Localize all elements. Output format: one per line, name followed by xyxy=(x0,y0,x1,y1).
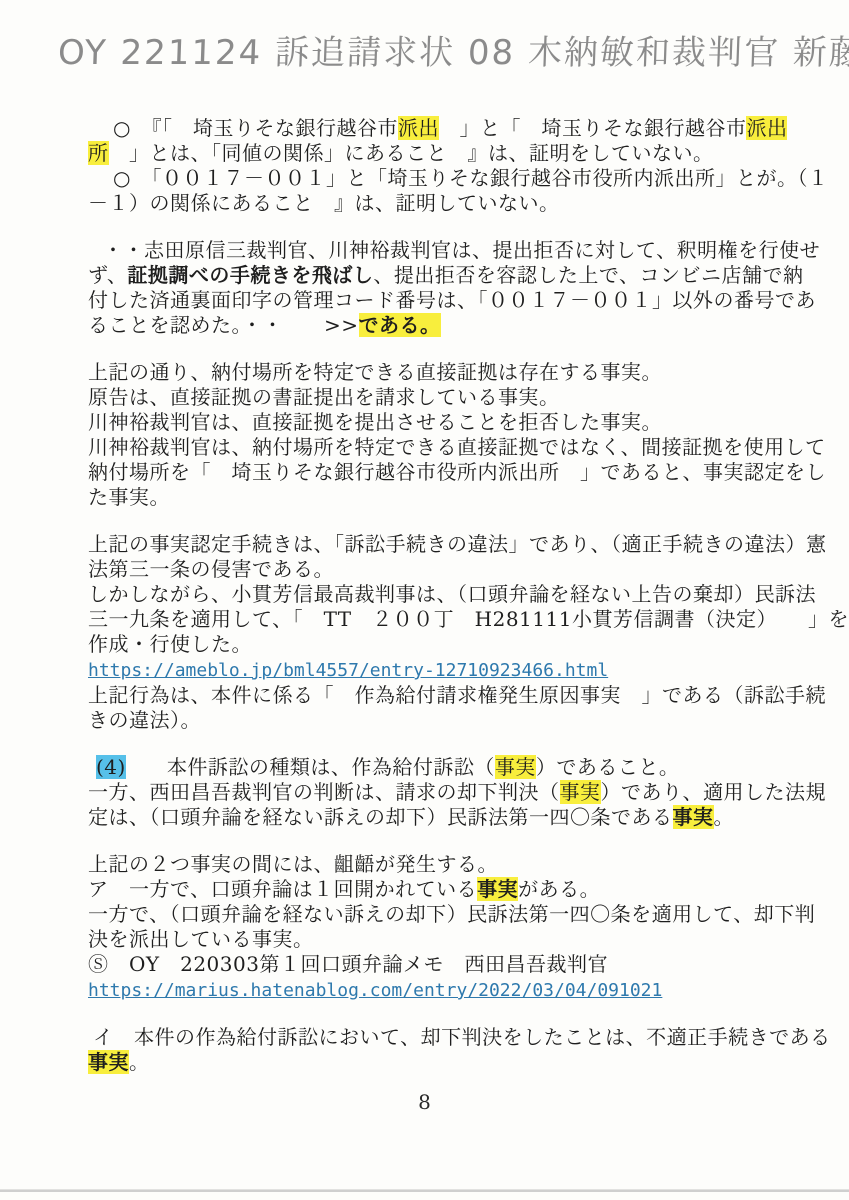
text-line: 所 」とは、「同値の関係」にあること 』は、証明をしていない。 xyxy=(88,141,798,166)
text-line: 上記の事実認定手続きは、「訴訟手続きの違法」であり、（適正手続きの違法）憲 xyxy=(88,532,798,557)
text-run: 川神裕裁判官は、納付場所を特定できる直接証拠ではなく、間接証拠を使用して xyxy=(88,435,826,459)
text-run: ○ 「００１７－００１」と「埼玉りそな銀行越谷市役所内派出所」とが。（１ xyxy=(113,166,828,190)
para-procedure-violation-and-link: 上記の事実認定手続きは、「訴訟手続きの違法」であり、（適正手続きの違法）憲法第三… xyxy=(88,532,798,733)
handwritten-annotation: OY 221124 訴追請求状 08 木納敏和裁判官 新藤義孝議員 xyxy=(57,30,829,78)
para-unproven-claims: ○ 『「 埼玉りそな銀行越谷市派出 」と「 埼玉りそな銀行越谷市派出所 」とは、… xyxy=(88,116,798,216)
text-run: ）であり、適用した法規 xyxy=(601,780,827,804)
para-discrepancy-and-link: 上記の２つ事実の間には、齟齬が発生する。ア 一方で、口頭弁論は１回開かれている事… xyxy=(88,852,798,1003)
hyperlink[interactable]: https://ameblo.jp/bml4557/entry-12710923… xyxy=(88,660,608,681)
text-run: 付した済通裏面印字の管理コード番号は、「００１７－００１」以外の番号であ xyxy=(88,288,816,312)
text-line: 原告は、直接証拠の書証提出を請求している事実。 xyxy=(88,385,798,410)
text-run: ○ 『「 埼玉りそな銀行越谷市 xyxy=(113,116,398,140)
text-run: 原告は、直接証拠の書証提出を請求している事実。 xyxy=(88,385,560,409)
text-run: ）であること。 xyxy=(536,755,680,779)
text-run: ず、 xyxy=(88,263,127,287)
text-line: 川神裕裁判官は、直接証拠を提出させることを拒否した事実。 xyxy=(88,410,798,435)
text-run: －１）の関係にあること 』は、証明していない。 xyxy=(88,191,560,215)
text-run: しかしながら、小貫芳信最高裁判事は、（口頭弁論を経ない上告の棄却）民訴法 xyxy=(88,582,816,606)
text-run: 三一九条を適用して、「 TT ２００丁 H281111小貫芳信調書（決定） 」を xyxy=(88,607,849,631)
text-run: Ⓢ OY 220303第１回口頭弁論メモ 西田昌吾裁判官 xyxy=(88,952,608,976)
text-run: 、提出拒否を容認した上で、コンビニ店舗で納 xyxy=(373,263,803,287)
text-run: ることを認めた。・・ >> xyxy=(88,313,359,337)
text-line: ・・志田原信三裁判官、川神裕裁判官は、提出拒否に対して、釈明権を行使せ xyxy=(88,238,798,263)
hyperlink[interactable]: https://marius.hatenablog.com/entry/2022… xyxy=(88,980,662,1001)
text-line: 定は、（口頭弁論を経ない訴えの却下）民訴法第一四〇条である事実。 xyxy=(88,805,798,830)
text-line: 決を派出している事実。 xyxy=(88,927,798,952)
text-line: 上記の２つ事実の間には、齟齬が発生する。 xyxy=(88,852,798,877)
scan-edge-line xyxy=(0,1189,849,1192)
text-run: 上記の２つ事実の間には、齟齬が発生する。 xyxy=(88,852,498,876)
text-line: 作成・行使した。 xyxy=(88,632,798,657)
text-run: 法第三一条の侵害である。 xyxy=(88,557,334,581)
text-run: 一方、西田昌吾裁判官の判断は、請求の却下判決（ xyxy=(88,780,560,804)
text-run: 定は、（口頭弁論を経ない訴えの却下）民訴法第一四〇条である xyxy=(88,805,673,829)
text-line: https://marius.hatenablog.com/entry/2022… xyxy=(88,977,798,1003)
text-line: https://ameblo.jp/bml4557/entry-12710923… xyxy=(88,657,798,683)
text-run: 上記の事実認定手続きは、「訴訟手続きの違法」であり、（適正手続きの違法）憲 xyxy=(88,532,827,556)
text-line: (4) 本件訴訟の種類は、作為給付訴訟（事実）であること。 xyxy=(88,755,798,780)
text-run: 納付場所を「 埼玉りそな銀行越谷市役所内派出所 」であると、事実認定をし xyxy=(88,460,826,484)
text-run: 上記の通り、納付場所を特定できる直接証拠は存在する事実。 xyxy=(88,360,662,384)
highlighted-text: 事実 xyxy=(88,1050,129,1074)
text-run: た事実。 xyxy=(88,485,170,509)
para-judges-skipped-evidence-procedure: ・・志田原信三裁判官、川神裕裁判官は、提出拒否に対して、釈明権を行使せず、証拠調… xyxy=(88,238,798,338)
text-line: しかしながら、小貫芳信最高裁判事は、（口頭弁論を経ない上告の棄却）民訴法 xyxy=(88,582,798,607)
highlighted-text: 所 xyxy=(88,141,109,165)
text-run: ア 一方で、口頭弁論は１回開かれている xyxy=(88,877,477,901)
text-line: 付した済通裏面印字の管理コード番号は、「００１７－００１」以外の番号であ xyxy=(88,288,798,313)
text-line: 事実。 xyxy=(88,1050,798,1075)
para-facts-list: 上記の通り、納付場所を特定できる直接証拠は存在する事実。原告は、直接証拠の書証提… xyxy=(88,360,798,510)
text-line: 法第三一条の侵害である。 xyxy=(88,557,798,582)
text-run: 決を派出している事実。 xyxy=(88,927,314,951)
text-run: がある。 xyxy=(518,877,600,901)
text-run: 証拠調べの手続きを飛ばし xyxy=(127,263,373,287)
text-run: 本件訴訟の種類は、作為給付訴訟（ xyxy=(126,755,495,779)
text-line: ○ 『「 埼玉りそな銀行越谷市派出 」と「 埼玉りそな銀行越谷市派出 xyxy=(88,116,798,141)
text-line: ア 一方で、口頭弁論は１回開かれている事実がある。 xyxy=(88,877,798,902)
text-line: 上記行為は、本件に係る「 作為給付請求権発生原因事実 」である（訴訟手続 xyxy=(88,683,798,708)
text-run: 上記行為は、本件に係る「 作為給付請求権発生原因事実 」である（訴訟手続 xyxy=(88,683,826,707)
text-line: た事実。 xyxy=(88,485,798,510)
text-run: イ 本件の作為給付訴訟において、却下判決をしたことは、不適正手続きである xyxy=(93,1025,831,1049)
text-run: きの違法）。 xyxy=(88,708,201,732)
para-conclusion: イ 本件の作為給付訴訟において、却下判決をしたことは、不適正手続きである事実。 xyxy=(88,1025,798,1075)
text-line: ○ 「００１７－００１」と「埼玉りそな銀行越谷市役所内派出所」とが。（１ xyxy=(88,166,798,191)
highlighted-text: 事実 xyxy=(560,780,601,804)
highlighted-text: である。 xyxy=(359,313,441,337)
scanned-document-page: OY 221124 訴追請求状 08 木納敏和裁判官 新藤義孝議員 ○ 『「 埼… xyxy=(0,0,849,1200)
text-line: 納付場所を「 埼玉りそな銀行越谷市役所内派出所 」であると、事実認定をし xyxy=(88,460,798,485)
text-run: 」と「 埼玉りそな銀行越谷市 xyxy=(439,116,747,140)
text-run: ・・志田原信三裁判官、川神裕裁判官は、提出拒否に対して、釈明権を行使せ xyxy=(103,238,820,262)
para-lawsuit-type-item4: (4) 本件訴訟の種類は、作為給付訴訟（事実）であること。一方、西田昌吾裁判官の… xyxy=(88,755,798,830)
text-line: イ 本件の作為給付訴訟において、却下判決をしたことは、不適正手続きである xyxy=(88,1025,798,1050)
text-run: 」とは、「同値の関係」にあること 』は、証明をしていない。 xyxy=(109,141,714,165)
highlighted-text: 事実 xyxy=(477,877,518,901)
text-line: Ⓢ OY 220303第１回口頭弁論メモ 西田昌吾裁判官 xyxy=(88,952,798,977)
text-line: 一方で、（口頭弁論を経ない訴えの却下）民訴法第一四〇条を適用して、却下判 xyxy=(88,902,798,927)
text-run: 。 xyxy=(714,805,735,829)
highlighted-text: 派出 xyxy=(398,116,439,140)
text-line: －１）の関係にあること 』は、証明していない。 xyxy=(88,191,798,216)
highlighted-text: (4) xyxy=(96,755,126,779)
highlighted-text: 事実 xyxy=(495,755,536,779)
text-line: 川神裕裁判官は、納付場所を特定できる直接証拠ではなく、間接証拠を使用して xyxy=(88,435,798,460)
text-run: 。 xyxy=(129,1050,150,1074)
text-run: 一方で、（口頭弁論を経ない訴えの却下）民訴法第一四〇条を適用して、却下判 xyxy=(88,902,815,926)
highlighted-text: 派出 xyxy=(746,116,787,140)
text-line: 三一九条を適用して、「 TT ２００丁 H281111小貫芳信調書（決定） 」を xyxy=(88,607,798,632)
document-body: ○ 『「 埼玉りそな銀行越谷市派出 」と「 埼玉りそな銀行越谷市派出所 」とは、… xyxy=(88,116,798,1075)
text-run: 川神裕裁判官は、直接証拠を提出させることを拒否した事実。 xyxy=(88,410,662,434)
text-line: ず、証拠調べの手続きを飛ばし、提出拒否を容認した上で、コンビニ店舗で納 xyxy=(88,263,798,288)
text-line: きの違法）。 xyxy=(88,708,798,733)
page-number: 8 xyxy=(0,1090,849,1114)
highlighted-text: 事実 xyxy=(673,805,714,829)
text-line: 上記の通り、納付場所を特定できる直接証拠は存在する事実。 xyxy=(88,360,798,385)
text-run: 作成・行使した。 xyxy=(88,632,252,656)
text-line: ることを認めた。・・ >>である。 xyxy=(88,313,798,338)
text-line: 一方、西田昌吾裁判官の判断は、請求の却下判決（事実）であり、適用した法規 xyxy=(88,780,798,805)
